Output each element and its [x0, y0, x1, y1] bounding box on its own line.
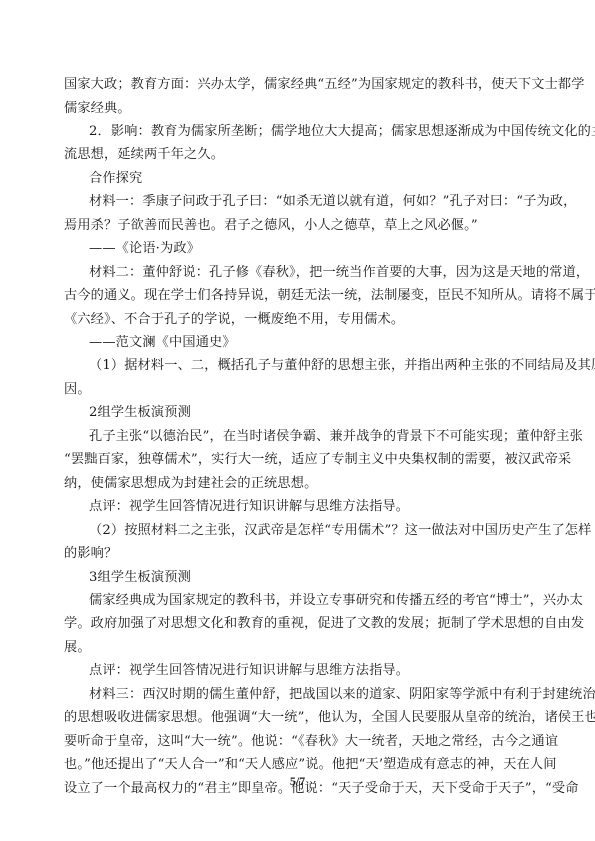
text-line: 也。”他还提出了“天人合一”和“天人感应”说。他把“天’塑造成有意志的神，天在人… [64, 757, 539, 773]
text-line: （1）据材料一、二，概括孔子与董仲舒的思想主张，并指出两种主张的不同结局及其原 [89, 358, 539, 374]
text-line: 流思想，延续两千年之久。 [64, 147, 539, 163]
text-line: 要听命于皇帝，这叫“大一统”。他说：“《春秋》大一统者，天地之常经，古今之通谊 [64, 734, 539, 750]
page-number: 5/7 [0, 774, 595, 789]
text-line: 因。 [64, 382, 539, 398]
text-line: 材料二：董仲舒说：孔子修《春秋》，把一统当作首要的大事，因为这是天地的常道， [89, 265, 539, 281]
text-line: 合作探究 [89, 171, 539, 187]
text-line: 点评：视学生回答情况进行知识讲解与思维方法指导。 [89, 663, 539, 679]
text-line: 儒家经典。 [64, 101, 539, 117]
text-line: 古今的通义。现在学士们各持异说，朝廷无法一统，法制屡变，臣民不知所从。请将不属于 [64, 288, 539, 304]
text-line: ——《论语·为政》 [89, 241, 539, 257]
text-line: 的思想吸收进儒家思想。他强调“大一统”，他认为，全国人民要服从皇帝的统治，诸侯王… [64, 710, 539, 726]
text-line: 《六经》、不合于孔子的学说，一概废绝不用，专用儒术。 [64, 312, 539, 328]
text-line: 孔子主张“以德治民”，在当时诸侯争霸、兼并战争的背景下不可能实现；董仲舒主张 [89, 429, 539, 445]
text-line: 国家大政；教育方面：兴办太学，儒家经典“五经”为国家规定的教科书，使天下文士都学 [64, 77, 539, 93]
text-line: 纳，使儒家思想成为封建社会的正统思想。 [64, 476, 539, 492]
text-line: ——范文澜《中国通史》 [89, 335, 539, 351]
text-line: （2）按照材料二之主张，汉武帝是怎样“专用儒术”？这一做法对中国历史产生了怎样 [89, 523, 539, 539]
text-line: 儒家经典成为国家规定的教科书，并设立专事研究和传播五经的考官“博士”，兴办太 [89, 593, 539, 609]
text-line: 的影响？ [64, 546, 539, 562]
document-page: 国家大政；教育方面：兴办太学，儒家经典“五经”为国家规定的教科书，使天下文士都学… [0, 0, 595, 841]
text-line: 点评：视学生回答情况进行知识讲解与思维方法指导。 [89, 499, 539, 515]
text-line: 材料一：季康子问政于孔子曰：“如杀无道以就有道，何如？”孔子对曰：“子为政， [89, 194, 539, 210]
text-line: 学。政府加强了对思想文化和教育的重视，促进了文教的发展；扼制了学术思想的自由发 [64, 616, 539, 632]
text-line: 材料三：西汉时期的儒生董仲舒，把战国以来的道家、阴阳家等学派中有利于封建统治 [89, 687, 539, 703]
text-line: 3组学生板演预测 [89, 570, 539, 586]
text-line: 2．影响：教育为儒家所垄断；儒学地位大大提高；儒家思想逐渐成为中国传统文化的主 [89, 124, 539, 140]
text-line: 展。 [64, 640, 539, 656]
text-line: 2组学生板演预测 [89, 405, 539, 421]
text-line: 焉用杀？子欲善而民善也。君子之德风，小人之德草，草上之风必偃。” [64, 218, 539, 234]
text-line: “罢黜百家，独尊儒术”，实行大一统，适应了专制主义中央集权制的需要，被汉武帝采 [64, 452, 539, 468]
